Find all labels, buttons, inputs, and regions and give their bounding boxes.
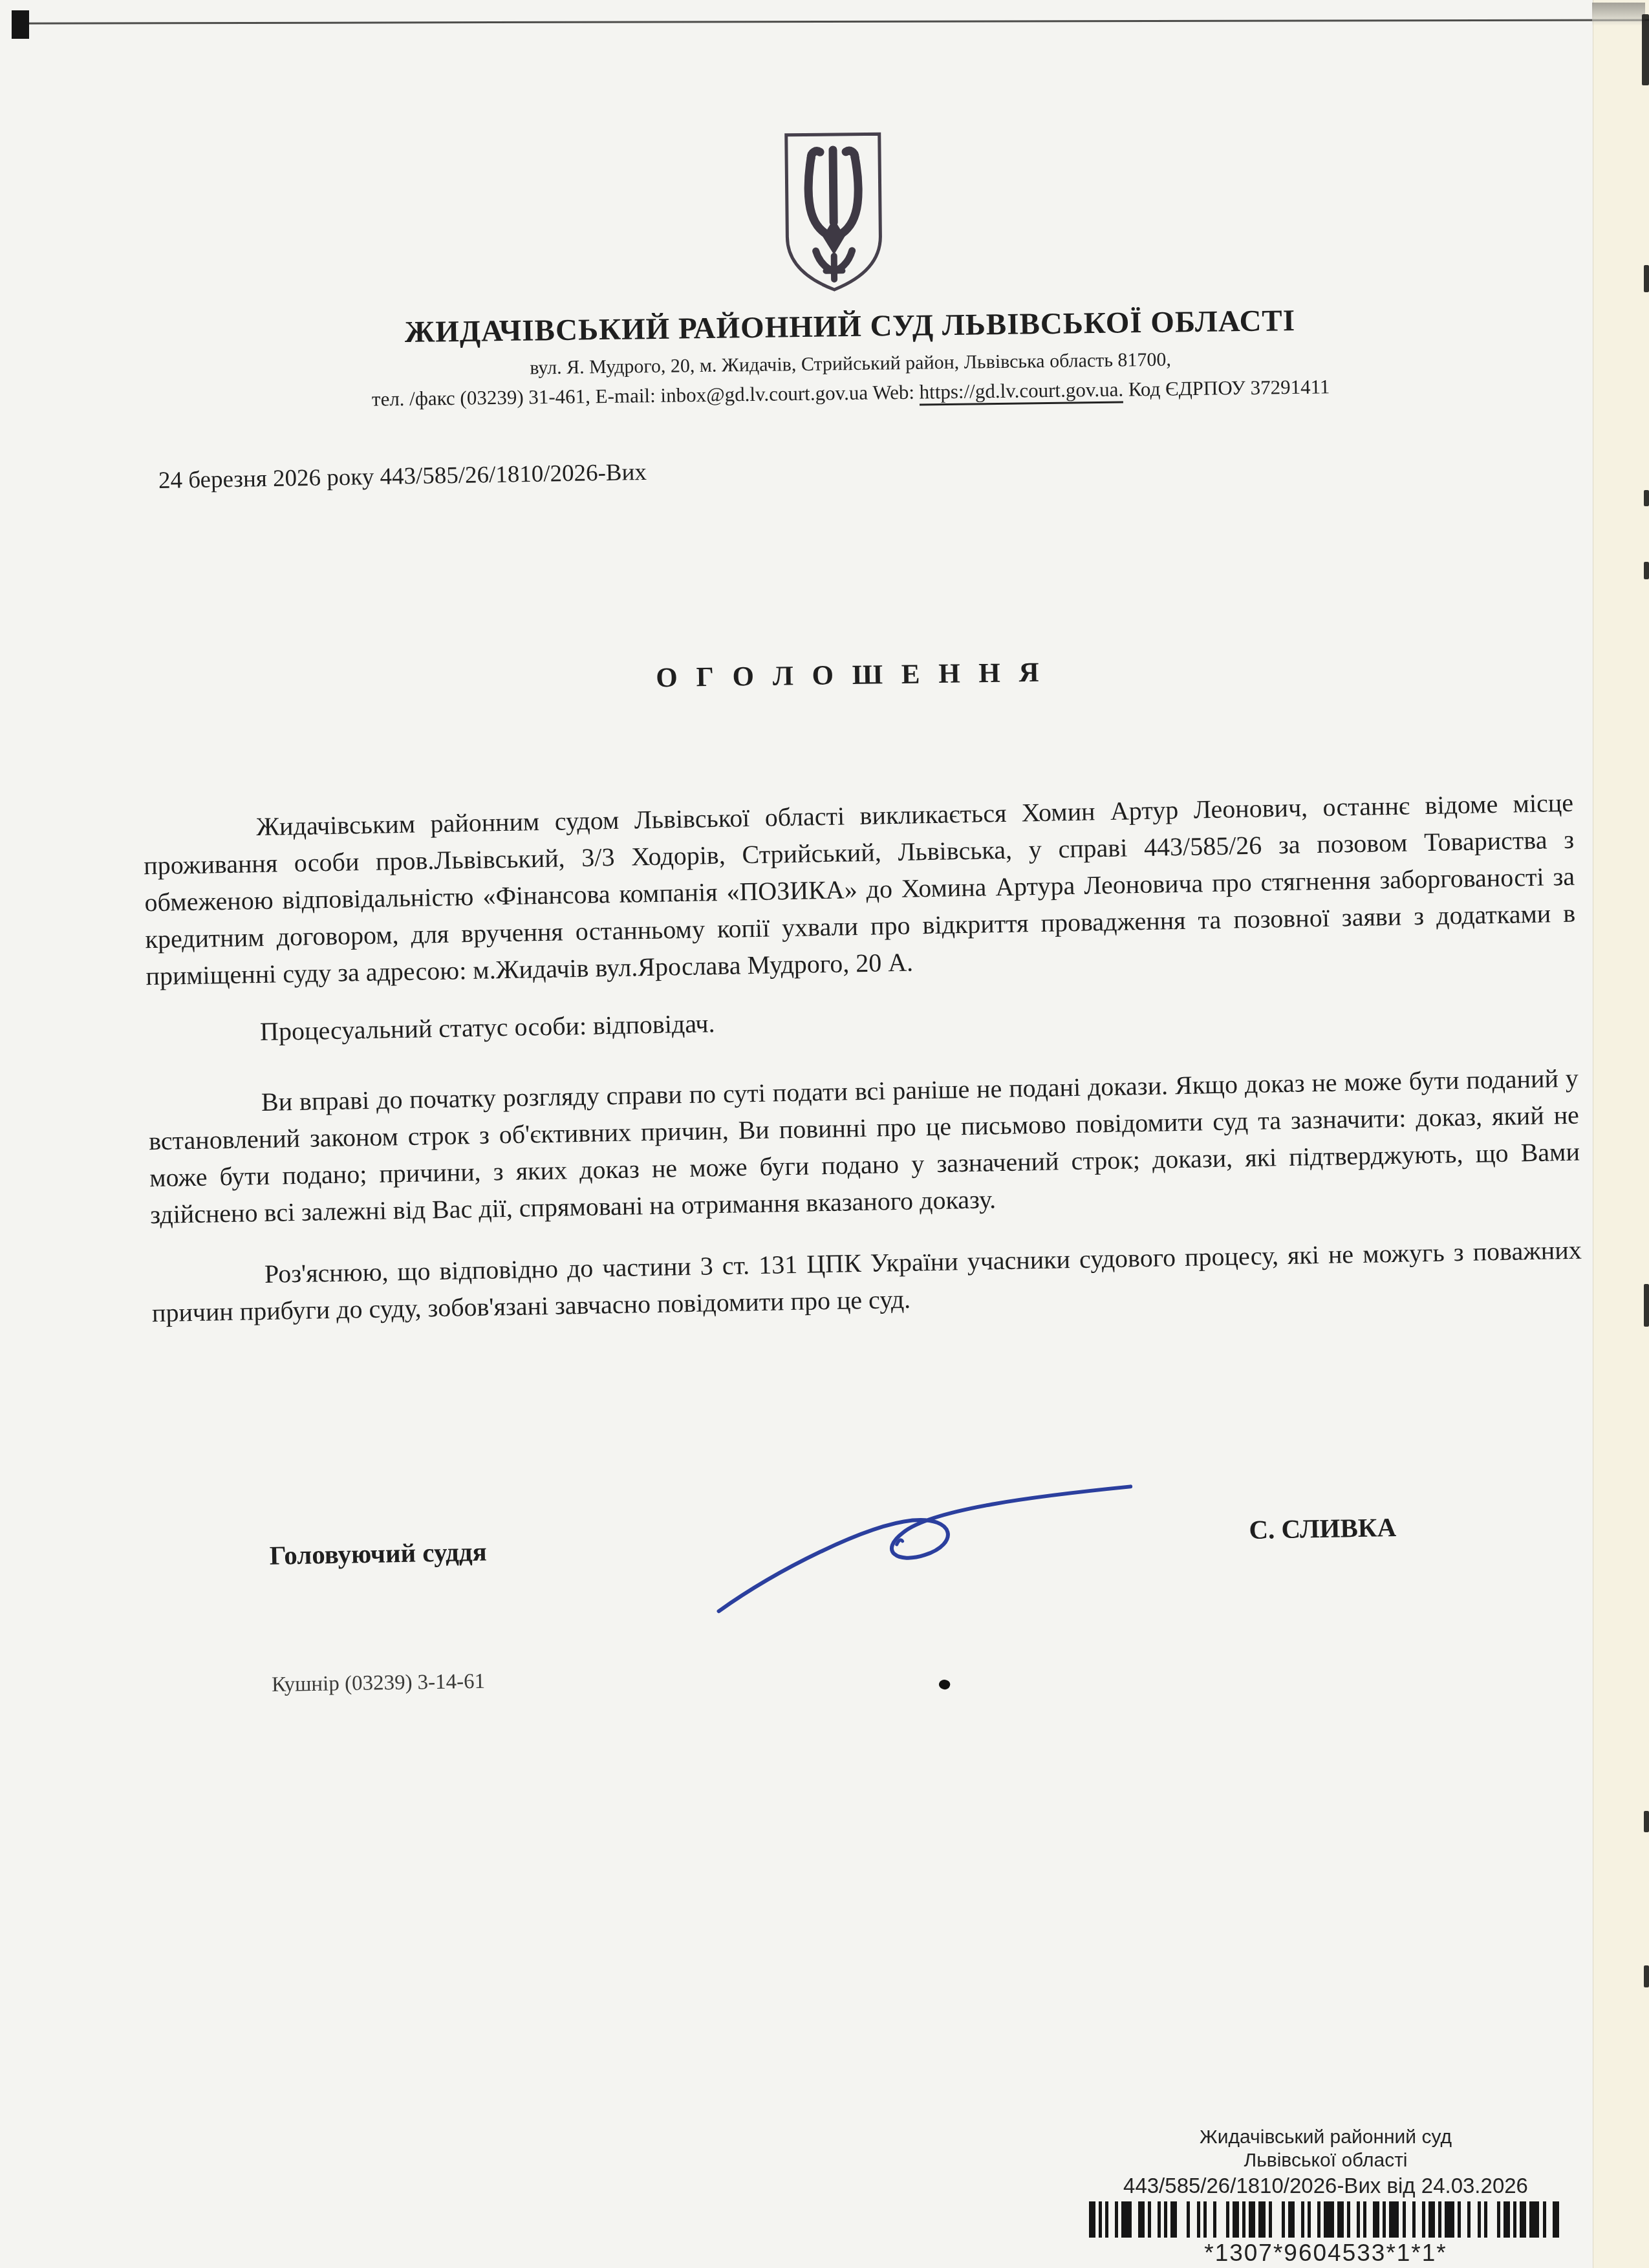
contact-prefix: тел. /факс (03239) 31-461, E-mail: inbox…: [372, 381, 920, 411]
body-paragraph: Процесуальний статус особи: відповідач.: [147, 989, 1578, 1053]
ink-blot-artifact: [938, 1678, 951, 1691]
stamp-court-name: Жидачівський районний суд: [1085, 2126, 1566, 2149]
scan-edge-mark: [1644, 1811, 1649, 1832]
document-body: Жидачівським районним судом Львівської о…: [143, 784, 1582, 1331]
body-paragraph: Жидачівським районним судом Львівської о…: [143, 784, 1577, 994]
clerk-contact-line: Кушнір (03239) 3-14-61: [272, 1670, 486, 1697]
stamp-region: Львівської області: [1085, 2149, 1566, 2172]
body-paragraph: Роз'яснюю, що відповідно до частини 3 ст…: [151, 1232, 1582, 1332]
court-website-url: https://gd.lv.court.gov.ua.: [919, 378, 1123, 405]
scan-edge-mark: [1644, 1965, 1649, 1987]
barcode: [1089, 2201, 1562, 2238]
scan-edge-mark: [1644, 562, 1649, 579]
registration-stamp: Жидачівський районний суд Львівської обл…: [1085, 2126, 1566, 2267]
judge-name: С. СЛИВКА: [1249, 1512, 1397, 1545]
scanned-court-document: ЖИДАЧІВСЬКИЙ РАЙОННИЙ СУД ЛЬВІВСЬКОЇ ОБЛ…: [0, 0, 1649, 2268]
scan-edge-mark: [1644, 1284, 1649, 1327]
body-paragraph: Ви вправі до початку розгляду справи по …: [148, 1060, 1581, 1233]
outgoing-reference-line: 24 березня 2026 року 443/585/26/1810/202…: [158, 458, 647, 495]
barcode-text: *1307*9604533*1*1*: [1085, 2239, 1566, 2267]
contact-suffix: Код ЄДРПОУ 37291411: [1123, 375, 1330, 400]
ukraine-trident-emblem-icon: [777, 127, 890, 297]
scan-edge-mark: [1644, 265, 1649, 292]
scan-edge-mark: [1644, 490, 1649, 506]
signature-block: Головуючий суддя С. СЛИВКА: [146, 1503, 1579, 1678]
scan-top-edge-line: [18, 19, 1649, 24]
judge-role-label: Головуючий суддя: [269, 1536, 487, 1571]
scan-edge-mark: [1642, 14, 1649, 85]
letterhead: ЖИДАЧІВСЬКИЙ РАЙОННИЙ СУД ЛЬВІВСЬКОЇ ОБЛ…: [51, 299, 1649, 415]
handwritten-signature: [698, 1471, 1147, 1631]
scan-smudge-artifact: [1592, 3, 1645, 26]
scan-corner-artifact: [12, 10, 29, 39]
document-title: О Г О Л О Ш Е Н Н Я: [52, 648, 1649, 702]
stamp-reference-number: 443/585/26/1810/2026-Вих від 24.03.2026: [1085, 2172, 1566, 2199]
